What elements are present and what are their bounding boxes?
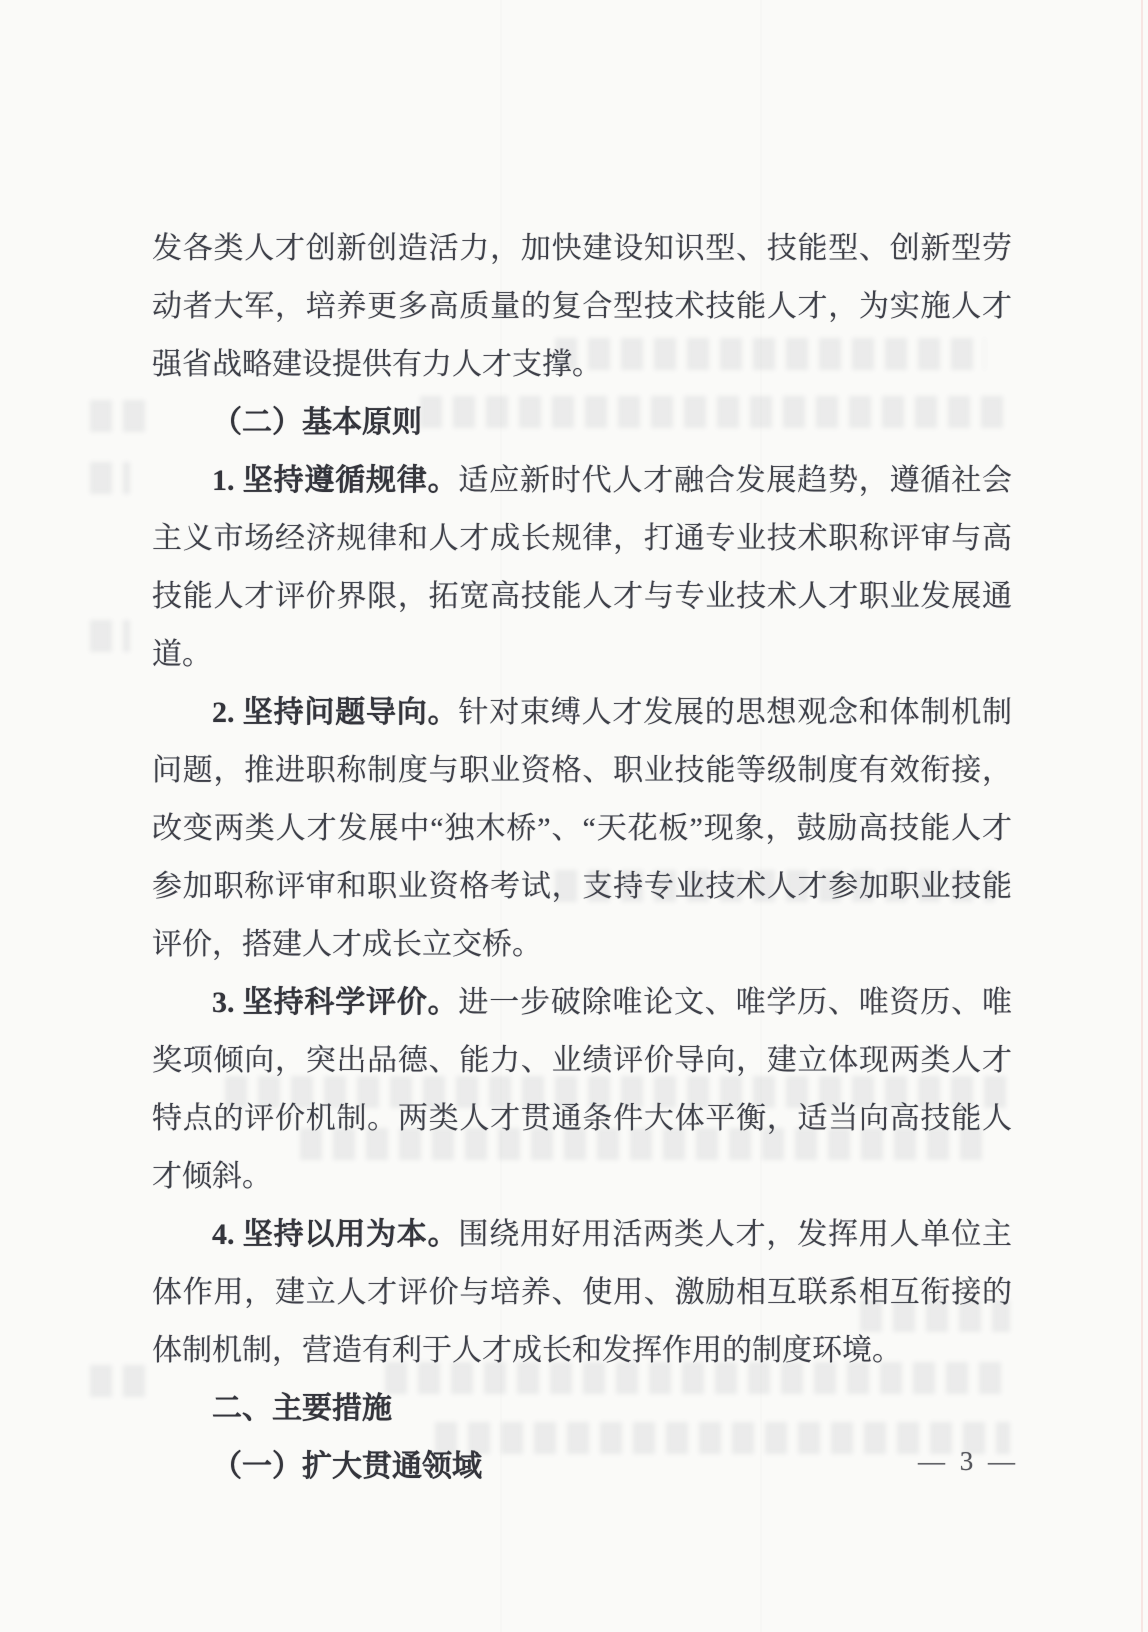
- bleedthrough-artifact: [90, 400, 145, 432]
- page-number: — 3 —: [918, 1446, 1019, 1477]
- heading-expand-fields: （一）扩大贯通领域: [152, 1438, 1012, 1496]
- heading-main-measures: 二、主要措施: [152, 1380, 1012, 1438]
- paragraph-lead: 4. 坚持以用为本。: [212, 1218, 458, 1251]
- heading-text: （一）扩大贯通领域: [212, 1450, 482, 1483]
- heading-basic-principles: （二）基本原则: [152, 394, 1012, 452]
- scan-edge-artifact: [1141, 0, 1143, 1632]
- paragraph-lead: 3. 坚持科学评价。: [212, 986, 458, 1019]
- paragraph-lead: 1. 坚持遵循规律。: [212, 464, 458, 497]
- bleedthrough-artifact: [90, 620, 130, 652]
- scanned-document-page: 发各类人才创新创造活力，加快建设知识型、技能型、创新型劳动者大军，培养更多高质量…: [0, 0, 1148, 1632]
- paragraph-text: 针对束缚人才发展的思想观念和体制机制问题，推进职称制度与职业资格、职业技能等级制…: [152, 696, 1012, 961]
- paragraph-principle-4: 4. 坚持以用为本。围绕用好用活两类人才，发挥用人单位主体作用，建立人才评价与培…: [152, 1206, 1012, 1380]
- document-body: 发各类人才创新创造活力，加快建设知识型、技能型、创新型劳动者大军，培养更多高质量…: [152, 220, 1012, 1496]
- heading-text: 二、主要措施: [212, 1392, 392, 1425]
- paragraph-lead: 2. 坚持问题导向。: [212, 696, 458, 729]
- paragraph-principle-3: 3. 坚持科学评价。进一步破除唯论文、唯学历、唯资历、唯奖项倾向，突出品德、能力…: [152, 974, 1012, 1206]
- bleedthrough-artifact: [90, 1365, 145, 1397]
- paragraph-intro-continuation: 发各类人才创新创造活力，加快建设知识型、技能型、创新型劳动者大军，培养更多高质量…: [152, 220, 1012, 394]
- heading-text: （二）基本原则: [212, 406, 422, 439]
- paragraph-principle-2: 2. 坚持问题导向。针对束缚人才发展的思想观念和体制机制问题，推进职称制度与职业…: [152, 684, 1012, 974]
- bleedthrough-artifact: [90, 462, 130, 494]
- paragraph-text: 发各类人才创新创造活力，加快建设知识型、技能型、创新型劳动者大军，培养更多高质量…: [152, 232, 1012, 381]
- paragraph-principle-1: 1. 坚持遵循规律。适应新时代人才融合发展趋势，遵循社会主义市场经济规律和人才成…: [152, 452, 1012, 684]
